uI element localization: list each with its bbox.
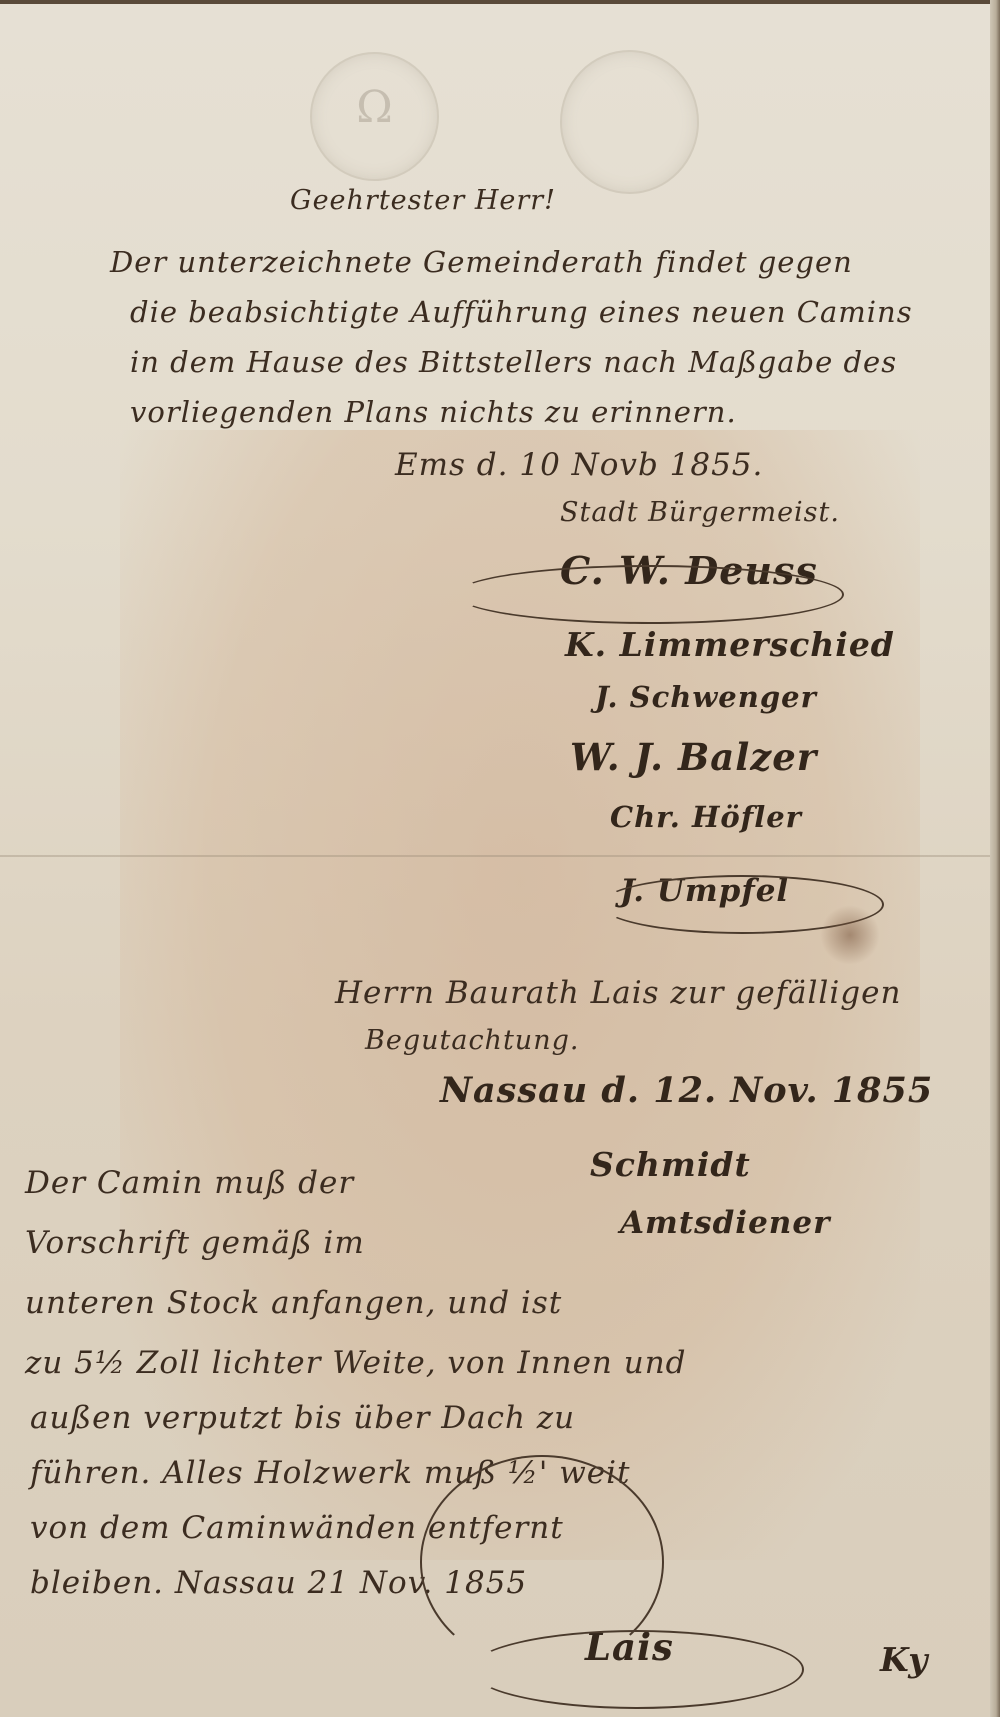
signature: Amtsdiener	[620, 1205, 830, 1241]
forwarding-line: Begutachtung.	[365, 1025, 579, 1056]
date-line: Ems d. 10 Novb 1855.	[395, 447, 763, 483]
ink-blot	[820, 905, 880, 965]
embossed-seal-left: Ω	[310, 52, 439, 181]
top-edge	[0, 0, 1000, 4]
body-line: Der unterzeichnete Gemeinderath findet g…	[110, 245, 853, 279]
signatories-heading: Stadt Bürgermeist.	[560, 497, 840, 528]
initials: Ky	[880, 1640, 928, 1679]
signature-flourish	[470, 1630, 804, 1709]
right-edge	[990, 0, 1000, 1717]
signature: J. Schwenger	[595, 680, 817, 714]
body-line: vorliegenden Plans nichts zu erinnern.	[130, 395, 737, 429]
body-line: in dem Hause des Bittstellers nach Maßga…	[130, 345, 897, 379]
signature: W. J. Balzer	[570, 735, 817, 779]
body-line: Der Camin muß der	[25, 1165, 354, 1201]
body-line: außen verputzt bis über Dach zu	[30, 1400, 575, 1436]
document-page: Ω Geehrtester Herr! Der unterzeichnete G…	[0, 0, 1000, 1717]
forwarding-line: Herrn Baurath Lais zur gefälligen	[335, 975, 901, 1011]
fold-line	[0, 855, 1000, 857]
body-line: die beabsichtigte Aufführung eines neuen…	[130, 295, 913, 329]
signature: K. Limmerschied	[565, 625, 895, 664]
signature: Chr. Höfler	[610, 800, 802, 834]
salutation: Geehrtester Herr!	[290, 185, 556, 216]
forwarding-date: Nassau d. 12. Nov. 1855	[440, 1070, 933, 1111]
body-line: zu 5½ Zoll lichter Weite, von Innen und	[25, 1345, 687, 1381]
embossed-seal-right	[560, 50, 699, 194]
signature: Schmidt	[590, 1145, 751, 1184]
seal-glyph: Ω	[312, 82, 437, 133]
body-line: Vorschrift gemäß im	[25, 1225, 365, 1261]
body-line: unteren Stock anfangen, und ist	[25, 1285, 562, 1321]
signature-flourish	[455, 565, 844, 624]
